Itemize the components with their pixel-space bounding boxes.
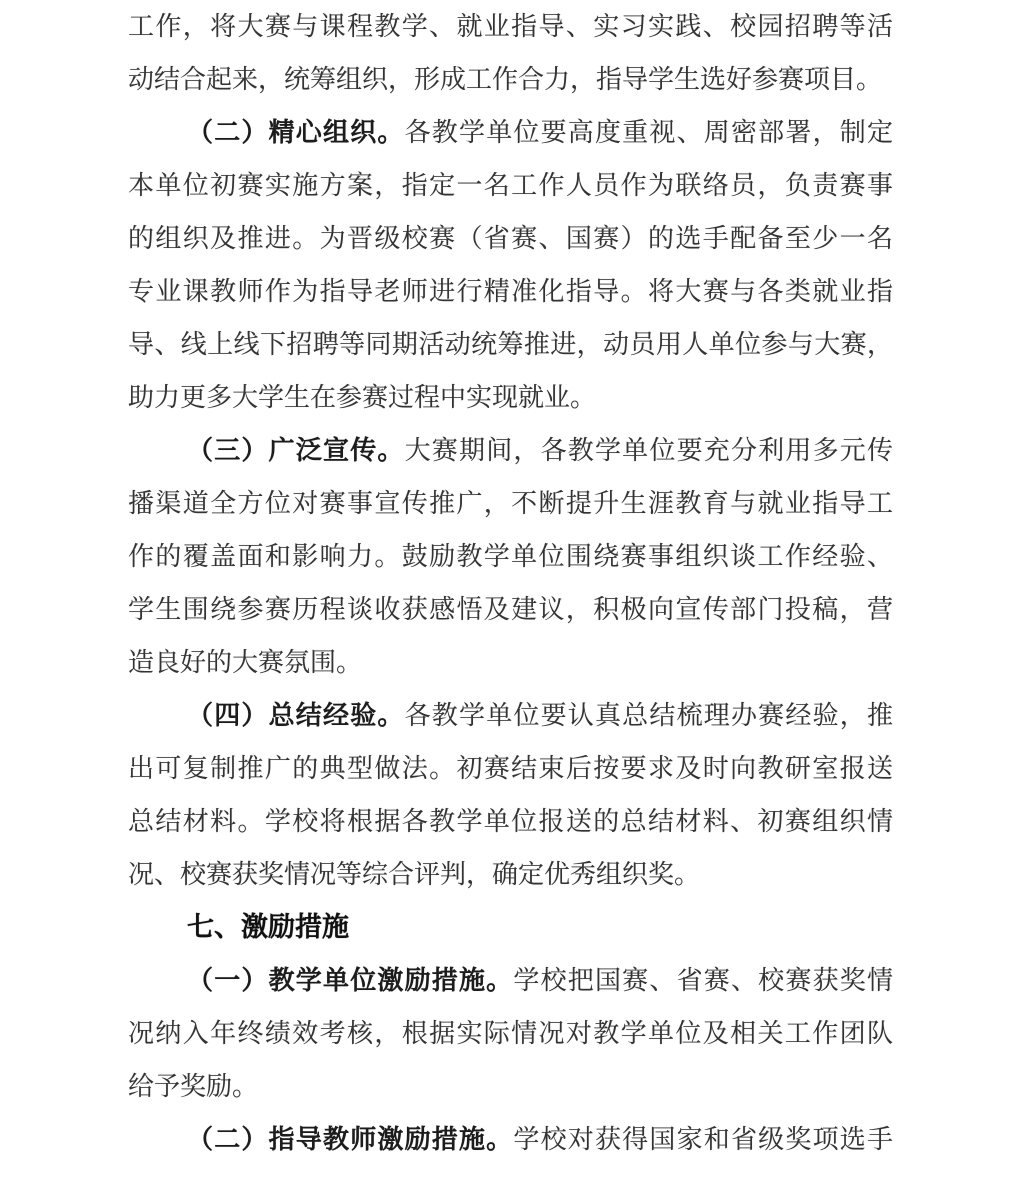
paragraph-lead: （一）教学单位激励措施。: [187, 966, 513, 995]
doc-line: （二）精心组织。各教学单位要高度重视、周密部署，制定: [128, 106, 893, 159]
line-text: 各教学单位要认真总结梳理办赛经验，推: [405, 701, 893, 730]
line-text: 学生围绕参赛历程谈收获感悟及建议，积极向宣传部门投稿，营: [128, 595, 893, 624]
doc-line: 作的覆盖面和影响力。鼓励教学单位围绕赛事组织谈工作经验、: [128, 530, 893, 583]
doc-line: （三）广泛宣传。大赛期间，各教学单位要充分利用多元传: [128, 424, 893, 477]
doc-line: 导、线上线下招聘等同期活动统筹推进，动员用人单位参与大赛，: [128, 318, 893, 371]
line-text: 总结材料。学校将根据各教学单位报送的总结材料、初赛组织情: [128, 807, 893, 836]
doc-line: 专业课教师作为指导老师进行精准化指导。将大赛与各类就业指: [128, 265, 893, 318]
line-text: 专业课教师作为指导老师进行精准化指导。将大赛与各类就业指: [128, 277, 893, 306]
section-heading: 七、激励措施: [128, 901, 893, 954]
doc-line: 的组织及推进。为晋级校赛（省赛、国赛）的选手配备至少一名: [128, 212, 893, 265]
paragraph-lead: （二）精心组织。: [187, 118, 405, 147]
line-text: 出可复制推广的典型做法。初赛结束后按要求及时向教研室报送: [128, 754, 893, 783]
doc-line: 工作，将大赛与课程教学、就业指导、实习实践、校园招聘等活: [128, 0, 893, 53]
line-text: 作的覆盖面和影响力。鼓励教学单位围绕赛事组织谈工作经验、: [128, 542, 893, 571]
line-text: 本单位初赛实施方案，指定一名工作人员作为联络员，负责赛事: [128, 171, 893, 200]
line-text: 学校把国赛、省赛、校赛获奖情: [513, 966, 893, 995]
doc-line: 况、校赛获奖情况等综合评判，确定优秀组织奖。: [128, 848, 893, 901]
doc-line: 动结合起来，统筹组织，形成工作合力，指导学生选好参赛项目。: [128, 53, 893, 106]
line-text: 况、校赛获奖情况等综合评判，确定优秀组织奖。: [128, 860, 700, 889]
doc-line: 本单位初赛实施方案，指定一名工作人员作为联络员，负责赛事: [128, 159, 893, 212]
doc-line: 给予奖励。: [128, 1060, 893, 1113]
line-text: 的组织及推进。为晋级校赛（省赛、国赛）的选手配备至少一名: [128, 224, 893, 253]
line-text: 给予奖励。: [128, 1072, 258, 1101]
doc-line: 况纳入年终绩效考核，根据实际情况对教学单位及相关工作团队: [128, 1007, 893, 1060]
line-text: 大赛期间，各教学单位要充分利用多元传: [405, 436, 893, 465]
document-text-block: 工作，将大赛与课程教学、就业指导、实习实践、校园招聘等活 动结合起来，统筹组织，…: [128, 0, 893, 1166]
doc-line: 助力更多大学生在参赛过程中实现就业。: [128, 371, 893, 424]
line-text: 造良好的大赛氛围。: [128, 648, 362, 677]
line-text: 助力更多大学生在参赛过程中实现就业。: [128, 383, 596, 412]
doc-line: （一）教学单位激励措施。学校把国赛、省赛、校赛获奖情: [128, 954, 893, 1007]
line-text: 学校对获得国家和省级奖项选手: [513, 1125, 893, 1154]
doc-line: 学生围绕参赛历程谈收获感悟及建议，积极向宣传部门投稿，营: [128, 583, 893, 636]
doc-line: 造良好的大赛氛围。: [128, 636, 893, 689]
paragraph-lead: （四）总结经验。: [187, 701, 405, 730]
doc-line: 出可复制推广的典型做法。初赛结束后按要求及时向教研室报送: [128, 742, 893, 795]
document-page: 工作，将大赛与课程教学、就业指导、实习实践、校园招聘等活 动结合起来，统筹组织，…: [0, 0, 1024, 1178]
heading-text: 七、激励措施: [187, 912, 349, 942]
line-text: 各教学单位要高度重视、周密部署，制定: [405, 118, 893, 147]
paragraph-lead: （三）广泛宣传。: [187, 436, 405, 465]
doc-line: （二）指导教师激励措施。学校对获得国家和省级奖项选手: [128, 1113, 893, 1166]
paragraph-lead: （二）指导教师激励措施。: [187, 1125, 513, 1154]
doc-line: 播渠道全方位对赛事宣传推广，不断提升生涯教育与就业指导工: [128, 477, 893, 530]
line-text: 动结合起来，统筹组织，形成工作合力，指导学生选好参赛项目。: [128, 65, 882, 94]
line-text: 播渠道全方位对赛事宣传推广，不断提升生涯教育与就业指导工: [128, 489, 893, 518]
doc-line: （四）总结经验。各教学单位要认真总结梳理办赛经验，推: [128, 689, 893, 742]
line-text: 导、线上线下招聘等同期活动统筹推进，动员用人单位参与大赛，: [128, 330, 893, 359]
line-text: 况纳入年终绩效考核，根据实际情况对教学单位及相关工作团队: [128, 1019, 893, 1048]
line-text: 工作，将大赛与课程教学、就业指导、实习实践、校园招聘等活: [128, 12, 893, 41]
doc-line: 总结材料。学校将根据各教学单位报送的总结材料、初赛组织情: [128, 795, 893, 848]
